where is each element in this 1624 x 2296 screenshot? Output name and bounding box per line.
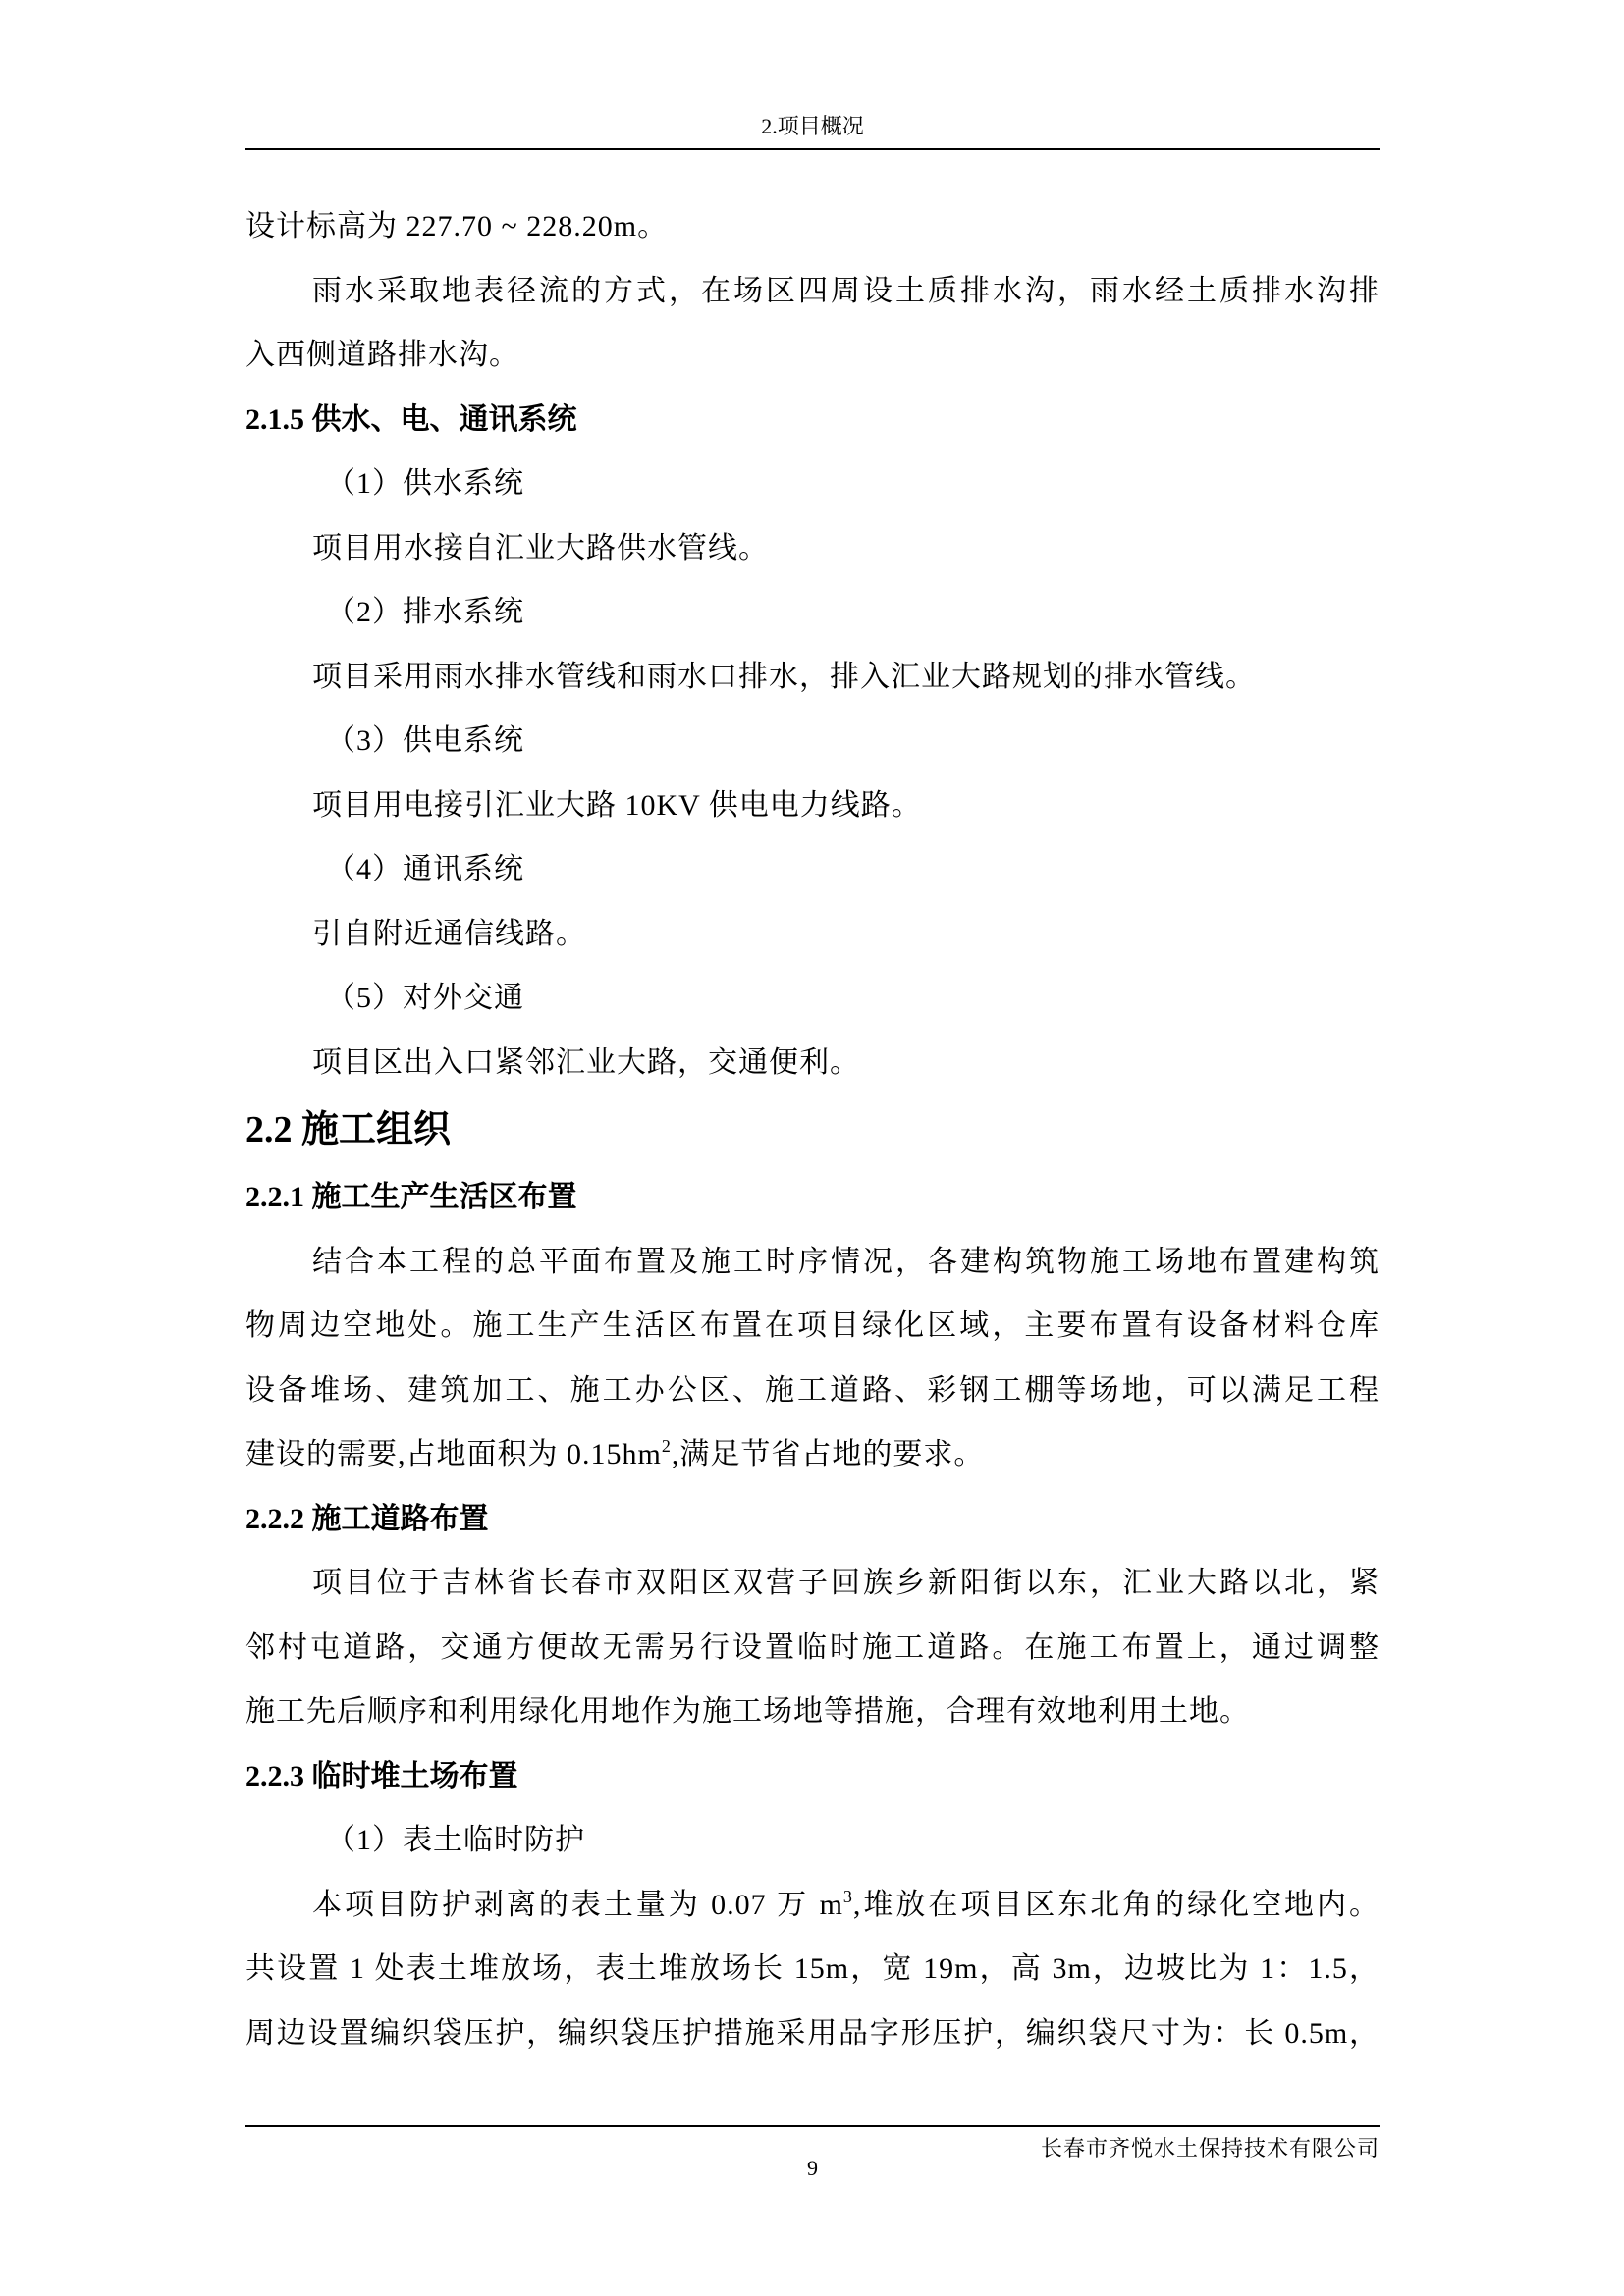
section-heading-2-1-5: 2.1.5 供水、电、通讯系统: [245, 388, 1380, 453]
page-number: 9: [245, 2155, 1380, 2182]
item-water-supply-text: 项目用水接自汇业大路供水管线。: [245, 516, 1380, 581]
document-body: 设计标高为 227.70 ~ 228.20m。 雨水采取地表径流的方式，在场区四…: [245, 194, 1380, 2065]
item-drainage-title: （2）排水系统: [245, 580, 1380, 645]
footer-divider: [245, 2125, 1380, 2127]
item-traffic-text: 项目区出入口紧邻汇业大路，交通便利。: [245, 1031, 1380, 1095]
paragraph-221-line4: 建设的需要,占地面积为 0.15hm2,满足节省占地的要求。: [245, 1422, 1380, 1487]
paragraph-221-line3: 设备堆场、建筑加工、施工办公区、施工道路、彩钢工棚等场地，可以满足工程: [245, 1359, 1380, 1423]
item-power-text: 项目用电接引汇业大路 10KV 供电电力线路。: [245, 774, 1380, 838]
section-heading-2-2-3: 2.2.3 临时堆土场布置: [245, 1744, 1380, 1809]
item-water-supply-title: （1）供水系统: [245, 452, 1380, 516]
item-traffic-title: （5）对外交通: [245, 966, 1380, 1031]
section-heading-2-2-1: 2.2.1 施工生产生活区布置: [245, 1165, 1380, 1230]
paragraph-rainwater-line2: 入西侧道路排水沟。: [245, 323, 1380, 388]
paragraph-222-line3: 施工先后顺序和利用绿化用地作为施工场地等措施，合理有效地利用土地。: [245, 1680, 1380, 1744]
section-heading-2-2: 2.2 施工组织: [245, 1095, 1380, 1165]
item-telecom-text: 引自附近通信线路。: [245, 902, 1380, 967]
item-power-title: （3）供电系统: [245, 709, 1380, 774]
item-topsoil-protection-title: （1）表土临时防护: [245, 1808, 1380, 1873]
item-telecom-title: （4）通讯系统: [245, 837, 1380, 902]
paragraph-rainwater-line1: 雨水采取地表径流的方式，在场区四周设土质排水沟，雨水经土质排水沟排: [245, 259, 1380, 324]
paragraph-222-line2: 邻村屯道路，交通方便故无需另行设置临时施工道路。在施工布置上，通过调整: [245, 1616, 1380, 1681]
paragraph-elevation: 设计标高为 227.70 ~ 228.20m。: [245, 194, 1380, 259]
header-divider: [245, 148, 1380, 150]
paragraph-222-line1: 项目位于吉林省长春市双阳区双营子回族乡新阳街以东，汇业大路以北，紧: [245, 1551, 1380, 1616]
paragraph-223-line3: 周边设置编织袋压护，编织袋压护措施采用品字形压护，编织袋尺寸为：长 0.5m，: [245, 2002, 1380, 2066]
section-heading-2-2-2: 2.2.2 施工道路布置: [245, 1487, 1380, 1552]
superscript: 3: [843, 1887, 853, 1906]
paragraph-223-line2: 共设置 1 处表土堆放场，表土堆放场长 15m，宽 19m，高 3m，边坡比为 …: [245, 1937, 1380, 2002]
text-run: 本项目防护剥离的表土量为 0.07 万 m: [312, 1889, 843, 1921]
running-header: 2.项目概况: [245, 114, 1380, 139]
paragraph-221-line1: 结合本工程的总平面布置及施工时序情况，各建构筑物施工场地布置建构筑: [245, 1230, 1380, 1295]
text-run: ,满足节省占地的要求。: [672, 1438, 985, 1470]
item-drainage-text: 项目采用雨水排水管线和雨水口排水，排入汇业大路规划的排水管线。: [245, 645, 1380, 710]
text-run: ,堆放在项目区东北角的绿化空地内。: [853, 1889, 1380, 1921]
superscript: 2: [662, 1436, 672, 1456]
text-run: 建设的需要,占地面积为 0.15hm: [245, 1438, 662, 1470]
paragraph-223-line1: 本项目防护剥离的表土量为 0.07 万 m3,堆放在项目区东北角的绿化空地内。: [245, 1873, 1380, 1938]
paragraph-221-line2: 物周边空地处。施工生产生活区布置在项目绿化区域，主要布置有设备材料仓库: [245, 1294, 1380, 1359]
